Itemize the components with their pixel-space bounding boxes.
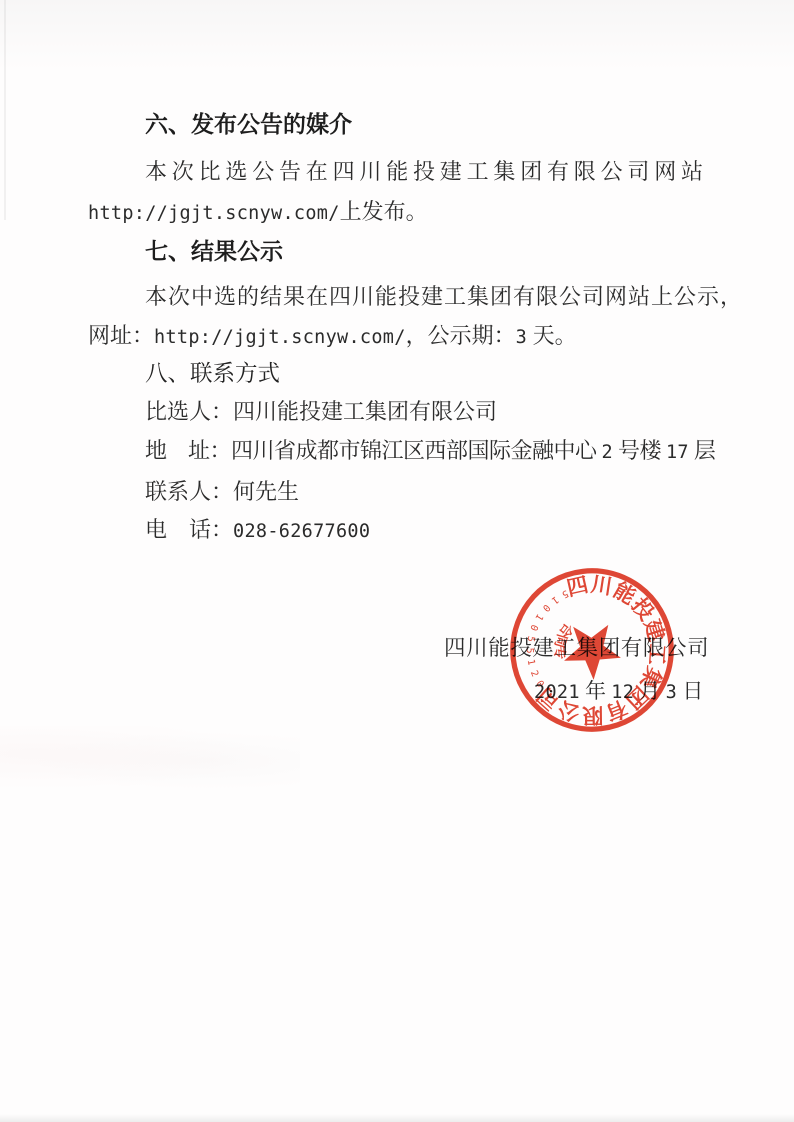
address-building-number: 2 (602, 442, 613, 463)
website-url: http://jgjt.scnyw.com/ (154, 327, 406, 348)
section-heading-contact: 八、联系方式 (145, 359, 280, 389)
paragraph-media-line2-tail: 上发布。 (340, 199, 428, 224)
phone-number: 028-62677600 (233, 521, 370, 542)
section-heading-result: 七、结果公示 (145, 237, 283, 267)
address-floor-number: 17 (666, 442, 689, 463)
paragraph-result-line1: 本次中选的结果在四川能投建工集团有限公司网站上公示， (145, 282, 743, 312)
address-prefix: 地 址：四川省成都市锦江区西部国际金融中心 (145, 438, 602, 463)
paragraph-result-line2: 网址：http://jgjt.scnyw.com/，公示期：3 天。 (88, 321, 577, 353)
publicity-period-days: 3 (516, 327, 527, 348)
paragraph-media-line1: 本次比选公告在四川能投建工集团有限公司网站 (145, 157, 708, 187)
paragraph-media-line2: http://jgjt.scnyw.com/上发布。 (88, 197, 428, 229)
section-heading-media: 六、发布公告的媒介 (145, 110, 352, 140)
url-label: 网址： (88, 323, 154, 348)
contact-bidder: 比选人：四川能投建工集团有限公司 (145, 397, 497, 427)
contact-address: 地 址：四川省成都市锦江区西部国际金融中心 2 号楼 17 层 (145, 436, 715, 468)
scan-artifact-smudge (0, 726, 300, 796)
contact-person: 联系人：何先生 (145, 477, 299, 507)
phone-label: 电 话： (145, 517, 233, 542)
company-seal: 四川能投建工集团有限公司 5101055120 合同专用章 (504, 562, 680, 738)
date-day-label: 日 (677, 679, 703, 703)
company-seal-graphic: 四川能投建工集团有限公司 5101055120 合同专用章 (504, 562, 680, 738)
address-mid: 号楼 (613, 438, 666, 463)
scan-artifact-edge (4, 0, 6, 220)
days-suffix: 天。 (527, 323, 577, 348)
address-suffix: 层 (689, 438, 716, 463)
document-page: 六、发布公告的媒介 本次比选公告在四川能投建工集团有限公司网站 http://j… (0, 0, 794, 1122)
website-url: http://jgjt.scnyw.com/ (88, 203, 340, 224)
contact-phone: 电 话：028-62677600 (145, 515, 370, 547)
publicity-period-label: ，公示期： (406, 323, 516, 348)
